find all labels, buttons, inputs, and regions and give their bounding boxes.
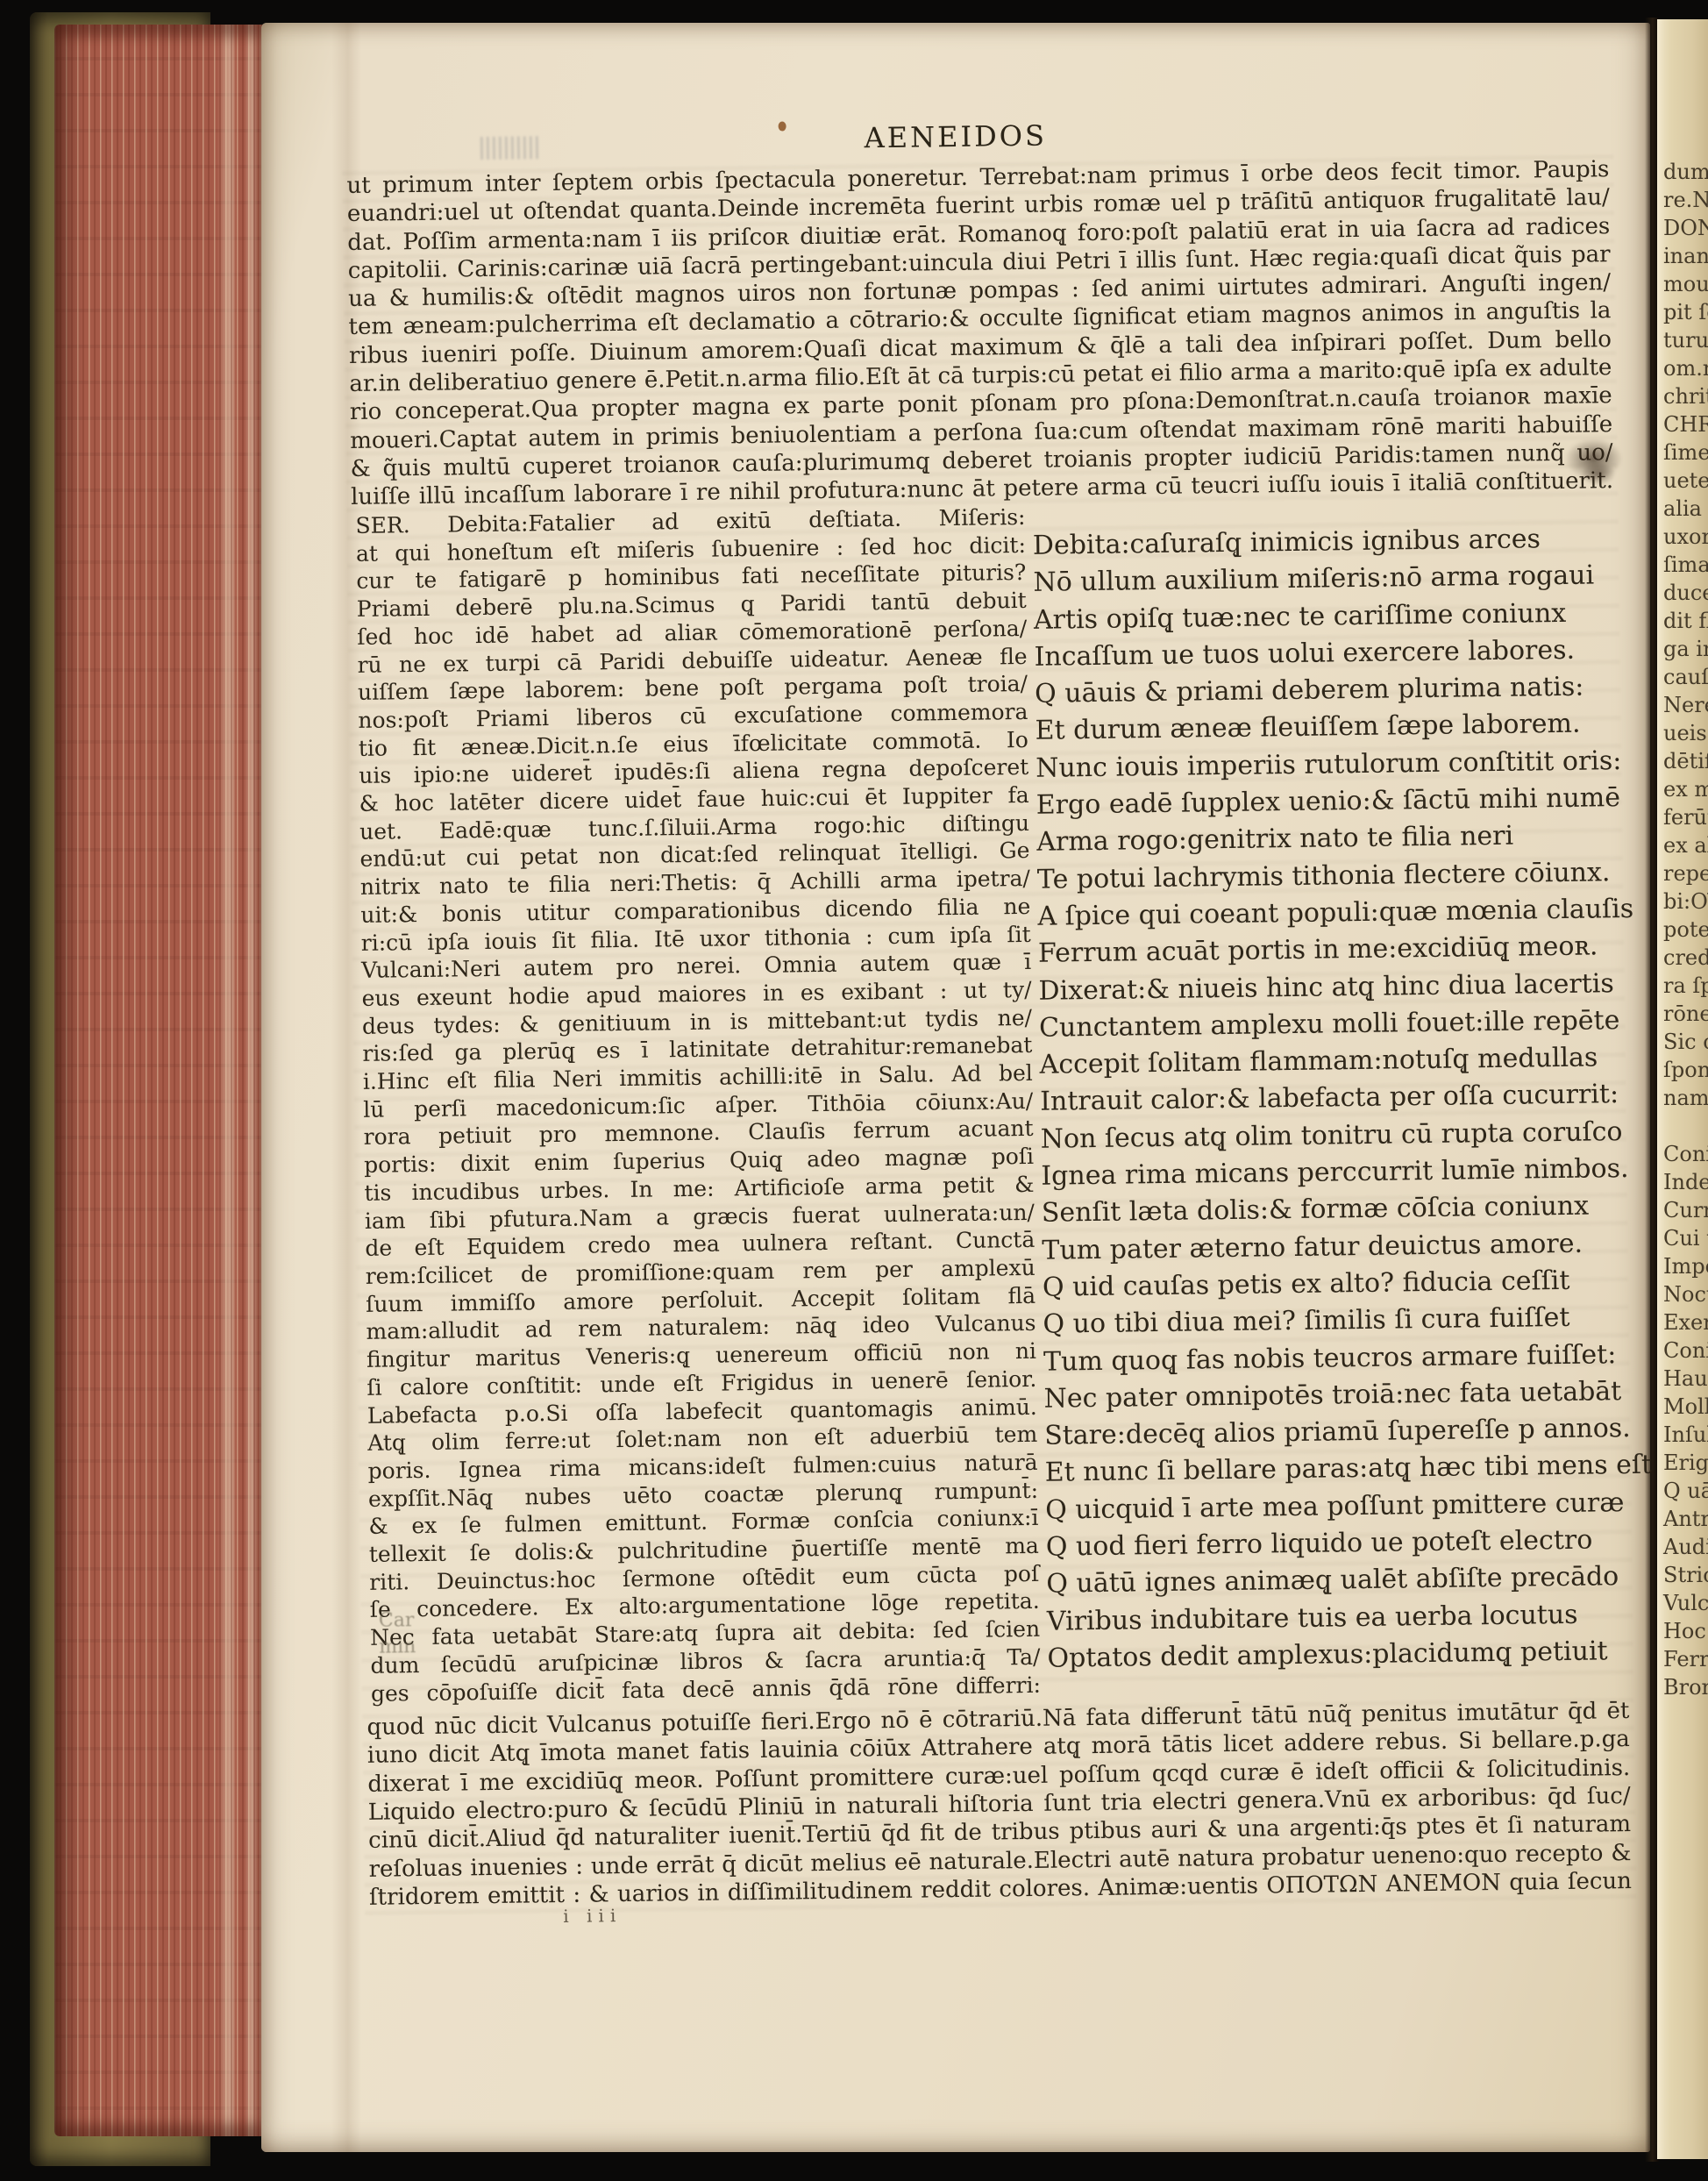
cut-text-line: Hoc tu (1663, 1617, 1708, 1645)
cut-text-line: Antra a (1663, 1505, 1708, 1533)
cut-text-line: Strictur (1663, 1561, 1708, 1589)
facing-page-cut-text: dum are.NarDONinanitemouetpit ſoliturus.… (1663, 158, 1708, 1701)
cut-text-line: rōne in (1663, 1000, 1708, 1028)
cut-text-line: Erigitur (1663, 1449, 1708, 1477)
cut-text-line (1663, 1112, 1708, 1140)
cut-text-line: credūt (1663, 944, 1708, 972)
verse-right-column: Debita:caſuraſq̨ inimicis ignibus arcesN… (1033, 520, 1662, 1678)
cut-text-line: dum a (1663, 158, 1708, 186)
cut-text-line: DON (1663, 214, 1708, 242)
cut-text-line: ex mora (1663, 775, 1708, 803)
cut-text-line: dit fleu (1663, 607, 1708, 635)
cut-text-line: Haud ſ (1663, 1365, 1708, 1393)
cut-text-line: pit ſoli (1663, 298, 1708, 326)
cut-text-line: turus. (1663, 326, 1708, 354)
cut-text-line: ſponde (1663, 1056, 1708, 1084)
cut-text-line: Mollib (1663, 1393, 1708, 1421)
cut-text-line: Coniu (1663, 1140, 1708, 1168)
cut-text-line: alia uen (1663, 495, 1708, 523)
cut-text-line: cauſam (1663, 663, 1708, 691)
cut-text-line: ex alto:a (1663, 831, 1708, 859)
commentary-bottom-block-1: quod nūc dicit Vulcanus potuiſſe fieri.E… (367, 1697, 1630, 1799)
cut-text-line: Cui tol (1663, 1224, 1708, 1252)
cut-text-line: uxoris a (1663, 523, 1708, 551)
cut-text-line: Exercer (1663, 1308, 1708, 1336)
book-page: AENEIDOS ut primum inter ſeptem orbis ſp… (261, 23, 1650, 2152)
cut-text-line: ducere (1663, 579, 1708, 607)
commentary-bottom-block-2: Liquido electro:puro & ſecūdū Pliniū in … (368, 1782, 1633, 1912)
cut-text-line: Vulcan (1663, 1589, 1708, 1617)
page-content: AENEIDOS ut primum inter ſeptem orbis ſp… (260, 6, 1676, 2154)
cut-text-line: Coniug (1663, 1336, 1708, 1365)
cut-text-line: chrituc (1663, 382, 1708, 410)
cut-text-line: inanite (1663, 242, 1708, 270)
cut-text-line: re.Nar (1663, 186, 1708, 214)
cut-text-line: CHR (1663, 410, 1708, 438)
facing-page-sliver: dum are.NarDONinanitemouetpit ſoliturus.… (1657, 19, 1708, 2159)
cut-text-line: mouet (1663, 270, 1708, 298)
cut-text-line: Nerei (1663, 691, 1708, 719)
commentary-top-block: ut primum inter ſeptem orbis ſpectacula … (346, 155, 1613, 511)
cut-text-line: ſime:pr (1663, 438, 1708, 467)
cut-text-line: Impoſi (1663, 1252, 1708, 1280)
red-stained-fore-edge-pages (54, 25, 263, 2136)
cut-text-line: om.no (1663, 354, 1708, 382)
cut-text-line: Ferrum (1663, 1645, 1708, 1673)
commentary-left-column: SER. Debita:Fatalier ad exitū deſtiata. … (355, 503, 1041, 1707)
cut-text-line: ſima ſe (1663, 551, 1708, 579)
cut-text-line: ueterat (1663, 467, 1708, 495)
cut-text-line: Inſula ſ (1663, 1421, 1708, 1449)
cut-text-line: Auditi (1663, 1533, 1708, 1561)
cut-text-line: Noctē (1663, 1280, 1708, 1308)
cut-text-line: Inde ul (1663, 1168, 1708, 1196)
cut-text-line: ueis hic (1663, 719, 1708, 747)
cut-text-line: Q uā ſ (1663, 1477, 1708, 1505)
cut-text-line: bi:Oīa (1663, 887, 1708, 916)
quire-signature: i iii (563, 1905, 622, 1927)
cut-text-line: Sic coſ (1663, 1028, 1708, 1056)
cut-text-line: ra ſp ap (1663, 972, 1708, 1000)
margin-annotation-line: min (379, 1634, 416, 1661)
cut-text-line: repetiſſ (1663, 859, 1708, 887)
photograph-of-incunabulum-page: AENEIDOS ut primum inter ſeptem orbis ſp… (0, 0, 1708, 2181)
cut-text-line: ga in or (1663, 635, 1708, 663)
cut-text-line: Curricu (1663, 1196, 1708, 1224)
cut-text-line: nam ue (1663, 1084, 1708, 1112)
margin-annotation-line: Car (379, 1607, 416, 1635)
margin-annotation: Car min (379, 1607, 416, 1661)
cut-text-line: ferūt. S (1663, 803, 1708, 831)
cut-text-line: Brontes (1663, 1673, 1708, 1701)
cut-text-line: poteſtu (1663, 916, 1708, 944)
cut-text-line: dētiſſim (1663, 747, 1708, 775)
